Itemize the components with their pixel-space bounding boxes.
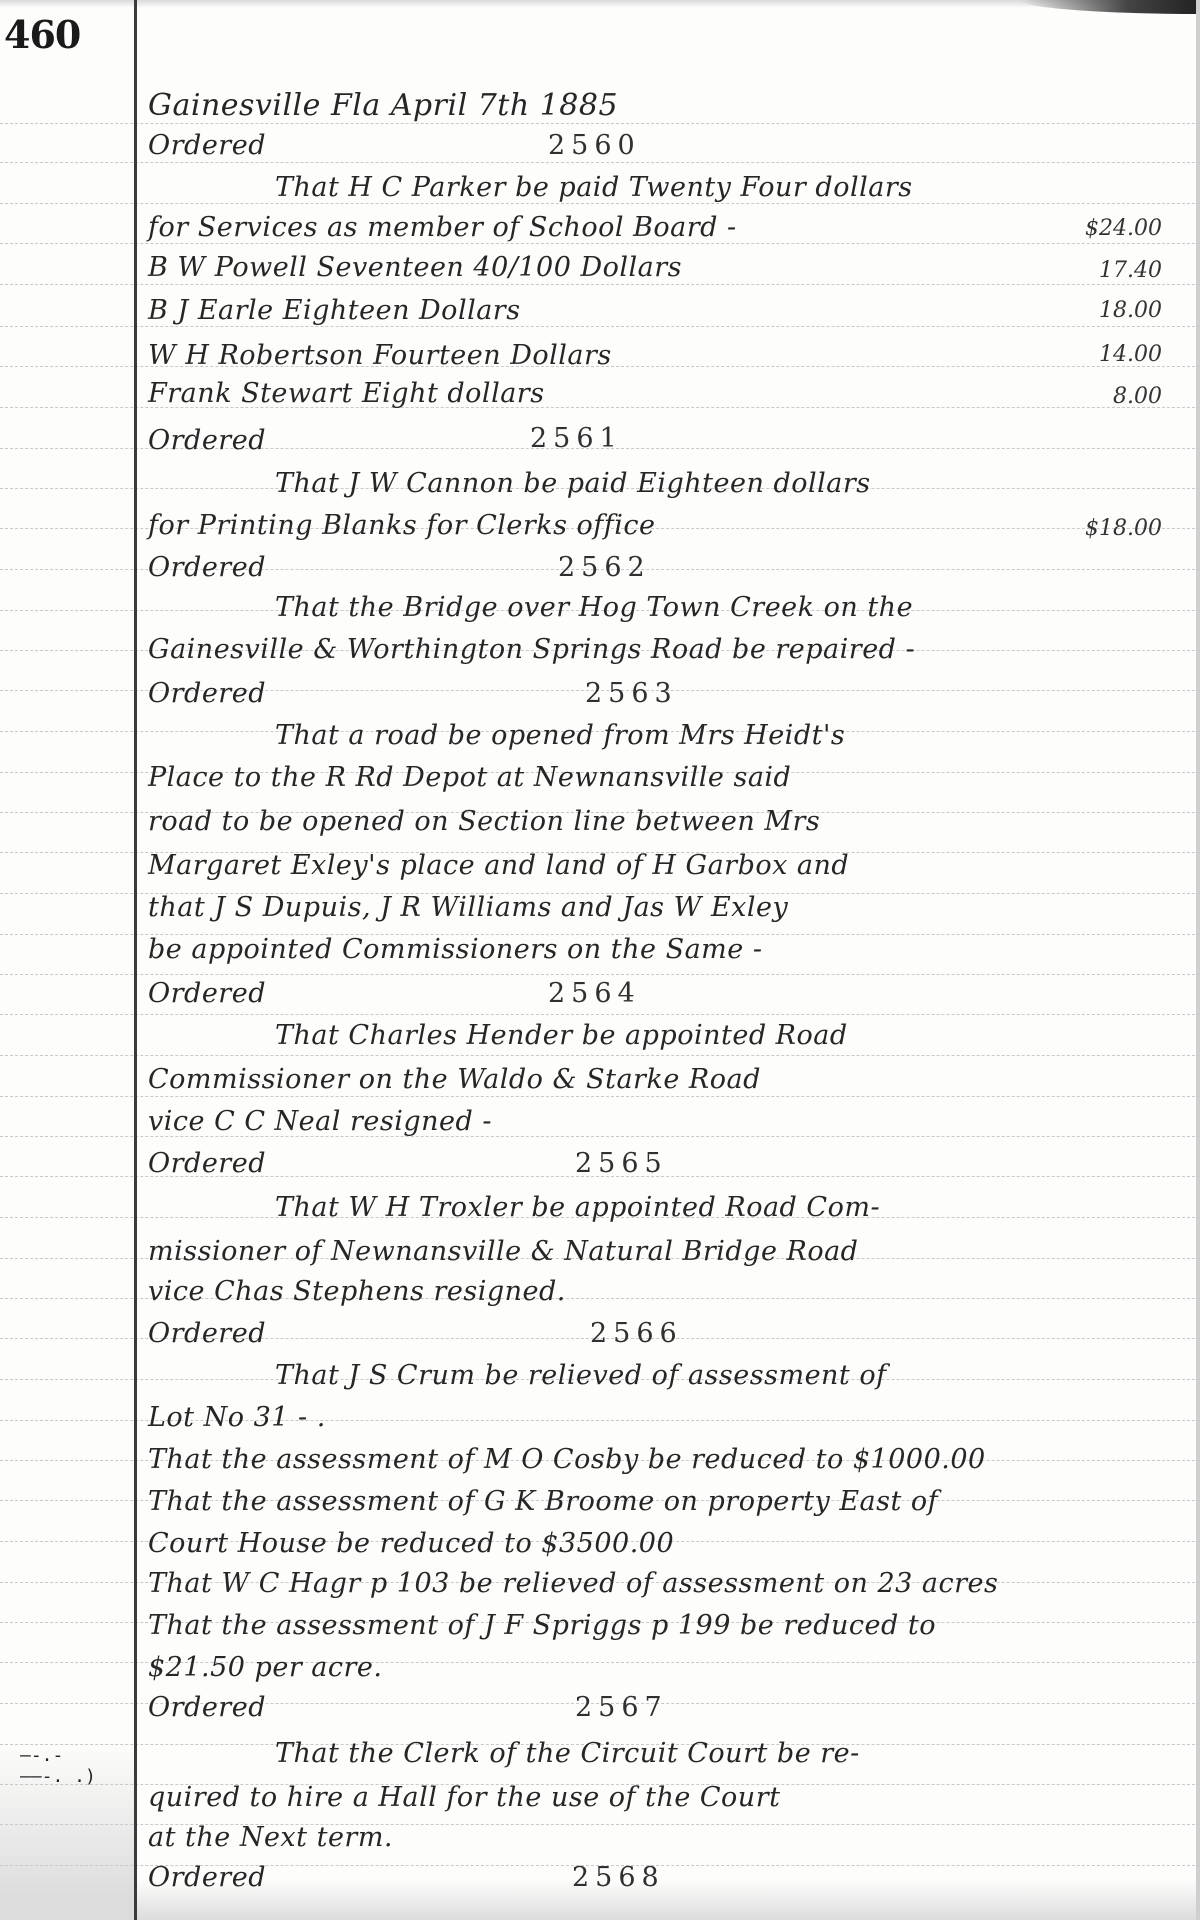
ruled-line <box>0 162 1200 163</box>
payment-amount: 14.00 <box>1099 342 1162 367</box>
ruled-line <box>0 123 1200 124</box>
order-number: 2563 <box>585 678 678 709</box>
payment-amount: 17.40 <box>1099 258 1162 283</box>
order-text-line: That the assessment of M O Cosby be redu… <box>148 1444 986 1475</box>
order-text-line: That Charles Hender be appointed Road <box>275 1020 848 1051</box>
order-text-line: That the Clerk of the Circuit Court be r… <box>275 1738 860 1769</box>
ruled-line <box>0 1014 1200 1015</box>
order-text-line: That H C Parker be paid Twenty Four doll… <box>275 172 913 203</box>
page-number: 460 <box>4 12 80 57</box>
payment-line: for Services as member of School Board - <box>148 212 737 243</box>
order-text-line: quired to hire a Hall for the use of the… <box>148 1782 780 1813</box>
order-number: 2566 <box>590 1318 683 1349</box>
order-label: Ordered <box>148 425 266 456</box>
order-text-line: That a road be opened from Mrs Heidt's <box>275 720 845 751</box>
order-label: Ordered <box>148 1318 266 1349</box>
order-text-line: That W H Troxler be appointed Road Com- <box>275 1192 880 1223</box>
entry-heading: Gainesville Fla April 7th 1885 <box>148 88 618 123</box>
order-text-line: vice C C Neal resigned - <box>148 1106 492 1137</box>
order-label: Ordered <box>148 678 266 709</box>
order-text-line: that J S Dupuis, J R Williams and Jas W … <box>148 892 788 923</box>
order-text-line: That J W Cannon be paid Eighteen dollars <box>275 468 871 499</box>
order-text-line: for Printing Blanks for Clerks office <box>148 510 656 541</box>
payment-line: B J Earle Eighteen Dollars <box>148 295 521 326</box>
order-text-line: Lot No 31 - . <box>148 1402 326 1433</box>
order-text-line: Margaret Exley's place and land of H Gar… <box>148 850 849 881</box>
payment-line: W H Robertson Fourteen Dollars <box>148 340 612 371</box>
ruled-line <box>0 284 1200 285</box>
order-label: Ordered <box>148 978 266 1009</box>
order-text-line: missioner of Newnansville & Natural Brid… <box>148 1236 858 1267</box>
page-corner-shadow <box>1020 0 1200 14</box>
order-number: 2568 <box>572 1862 665 1893</box>
order-text-line: That J S Crum be relieved of assessment … <box>275 1360 887 1391</box>
ruled-line <box>0 1096 1200 1097</box>
order-number: 2565 <box>575 1148 668 1179</box>
margin-annotation: —-.- ——-. .) <box>20 1745 96 1787</box>
order-text-line: Place to the R Rd Depot at Newnansville … <box>148 762 791 793</box>
order-label: Ordered <box>148 1148 266 1179</box>
order-text-line: $21.50 per acre. <box>148 1652 383 1683</box>
page-right-edge <box>1196 0 1200 1920</box>
order-label: Ordered <box>148 130 266 161</box>
order-text-line: Commissioner on the Waldo & Starke Road <box>148 1064 761 1095</box>
order-text-line: That the assessment of G K Broome on pro… <box>148 1486 938 1517</box>
order-label: Ordered <box>148 1862 266 1893</box>
order-text-line: That W C Hagr p 103 be relieved of asses… <box>148 1568 998 1599</box>
order-text-line: That the assessment of J F Spriggs p 199… <box>148 1610 936 1641</box>
order-text-line: That the Bridge over Hog Town Creek on t… <box>275 592 913 623</box>
payment-amount: $18.00 <box>1085 516 1162 541</box>
order-number: 2564 <box>548 978 641 1009</box>
payment-amount: 8.00 <box>1113 384 1162 409</box>
ruled-line <box>0 243 1200 244</box>
order-number: 2560 <box>548 130 641 161</box>
payment-amount: $24.00 <box>1085 216 1162 241</box>
order-label: Ordered <box>148 552 266 583</box>
order-label: Ordered <box>148 1692 266 1723</box>
payment-line: B W Powell Seventeen 40/100 Dollars <box>148 252 682 283</box>
order-text-line: vice Chas Stephens resigned. <box>148 1276 566 1307</box>
ruled-line <box>0 203 1200 204</box>
order-number: 2567 <box>575 1692 668 1723</box>
payment-line: Frank Stewart Eight dollars <box>148 378 545 409</box>
payment-amount: 18.00 <box>1099 298 1162 323</box>
order-text-line: Gainesville & Worthington Springs Road b… <box>148 634 915 665</box>
ruled-line <box>0 974 1200 975</box>
order-text-line: Court House be reduced to $3500.00 <box>148 1528 674 1559</box>
ruled-line <box>0 326 1200 327</box>
order-text-line: be appointed Commissioners on the Same - <box>148 934 762 965</box>
order-text-line: at the Next term. <box>148 1822 393 1853</box>
order-number: 2562 <box>558 552 651 583</box>
ruled-line <box>0 1055 1200 1056</box>
margin-line <box>134 0 137 1920</box>
order-text-line: road to be opened on Section line betwee… <box>148 806 820 837</box>
order-number: 2561 <box>530 423 623 454</box>
ledger-page: 460 —-.- ——-. .) Gainesville Fla April 7… <box>0 0 1200 1920</box>
